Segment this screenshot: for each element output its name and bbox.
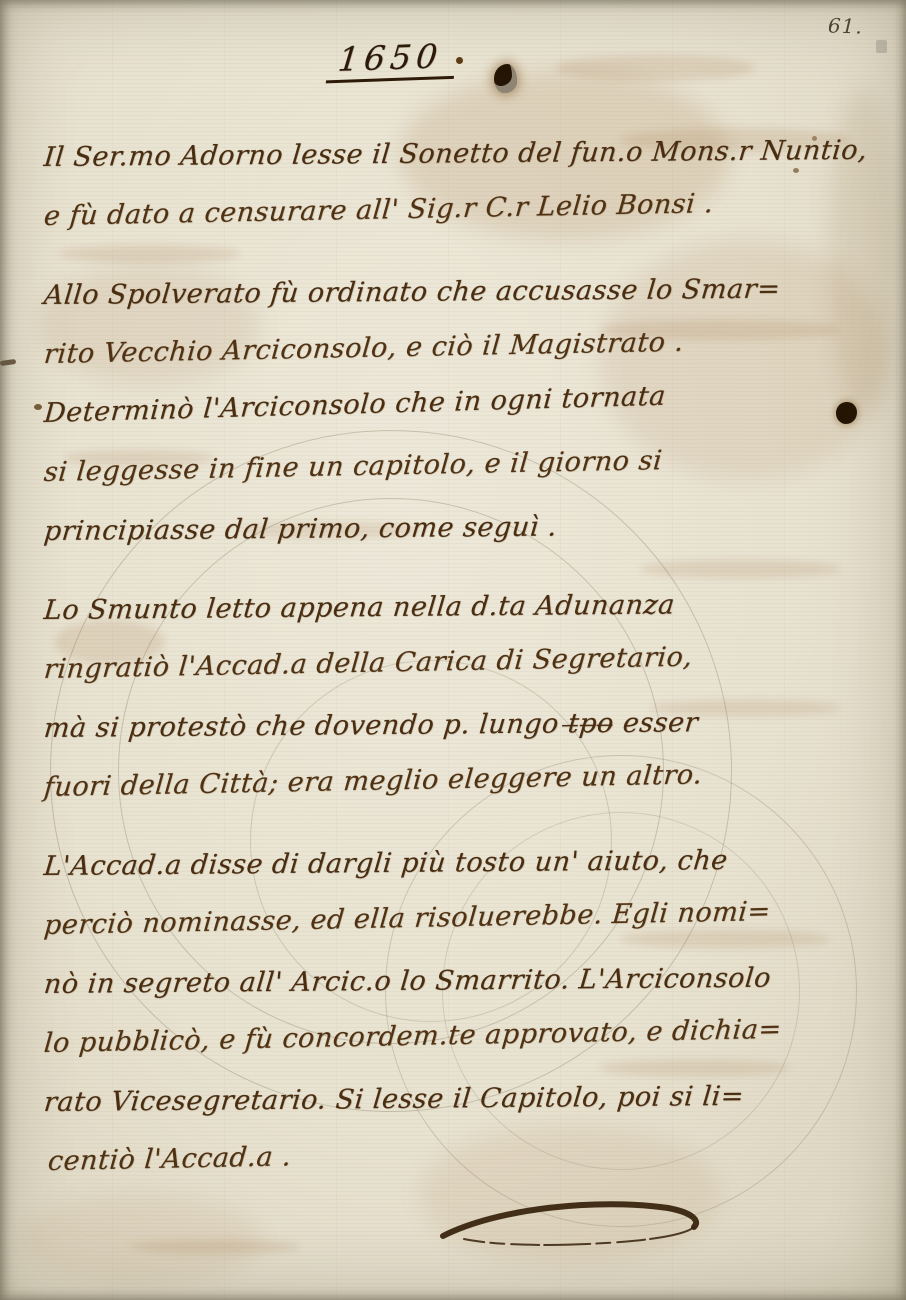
manuscript-paragraph: Lo Smunto letto appena nella d.ta Adunan… xyxy=(44,581,884,817)
manuscript-paragraph: Il Ser.mo Adorno lesse il Sonetto del fu… xyxy=(44,128,884,246)
bleedthrough-smudge xyxy=(130,1240,300,1254)
pencil-mark xyxy=(876,40,887,53)
flourish-stroke xyxy=(428,1196,728,1258)
manuscript-line: principiasse dal primo, come seguì . xyxy=(41,495,887,561)
ink-speck xyxy=(34,404,42,410)
year-heading: 1650 xyxy=(326,36,458,84)
year-heading-wrap: 1650 xyxy=(327,36,456,83)
ink-speck xyxy=(793,168,799,173)
ink-speck xyxy=(812,136,817,141)
manuscript-paragraph: Allo Spolverato fù ordinato che accusass… xyxy=(44,266,884,561)
folio-number: 61. xyxy=(828,13,864,38)
manuscript-text: Il Ser.mo Adorno lesse il Sonetto del fu… xyxy=(44,128,884,1211)
bleedthrough-smudge xyxy=(555,55,755,81)
manuscript-paragraph: L'Accad.a disse di dargli più tosto un' … xyxy=(44,837,884,1191)
manuscript-page: 61. 1650 Il Ser.mo Adorno lesse il Sonet… xyxy=(0,0,906,1300)
margin-pen-mark xyxy=(0,359,16,366)
ink-blot xyxy=(494,64,517,93)
ink-speck xyxy=(456,57,463,64)
